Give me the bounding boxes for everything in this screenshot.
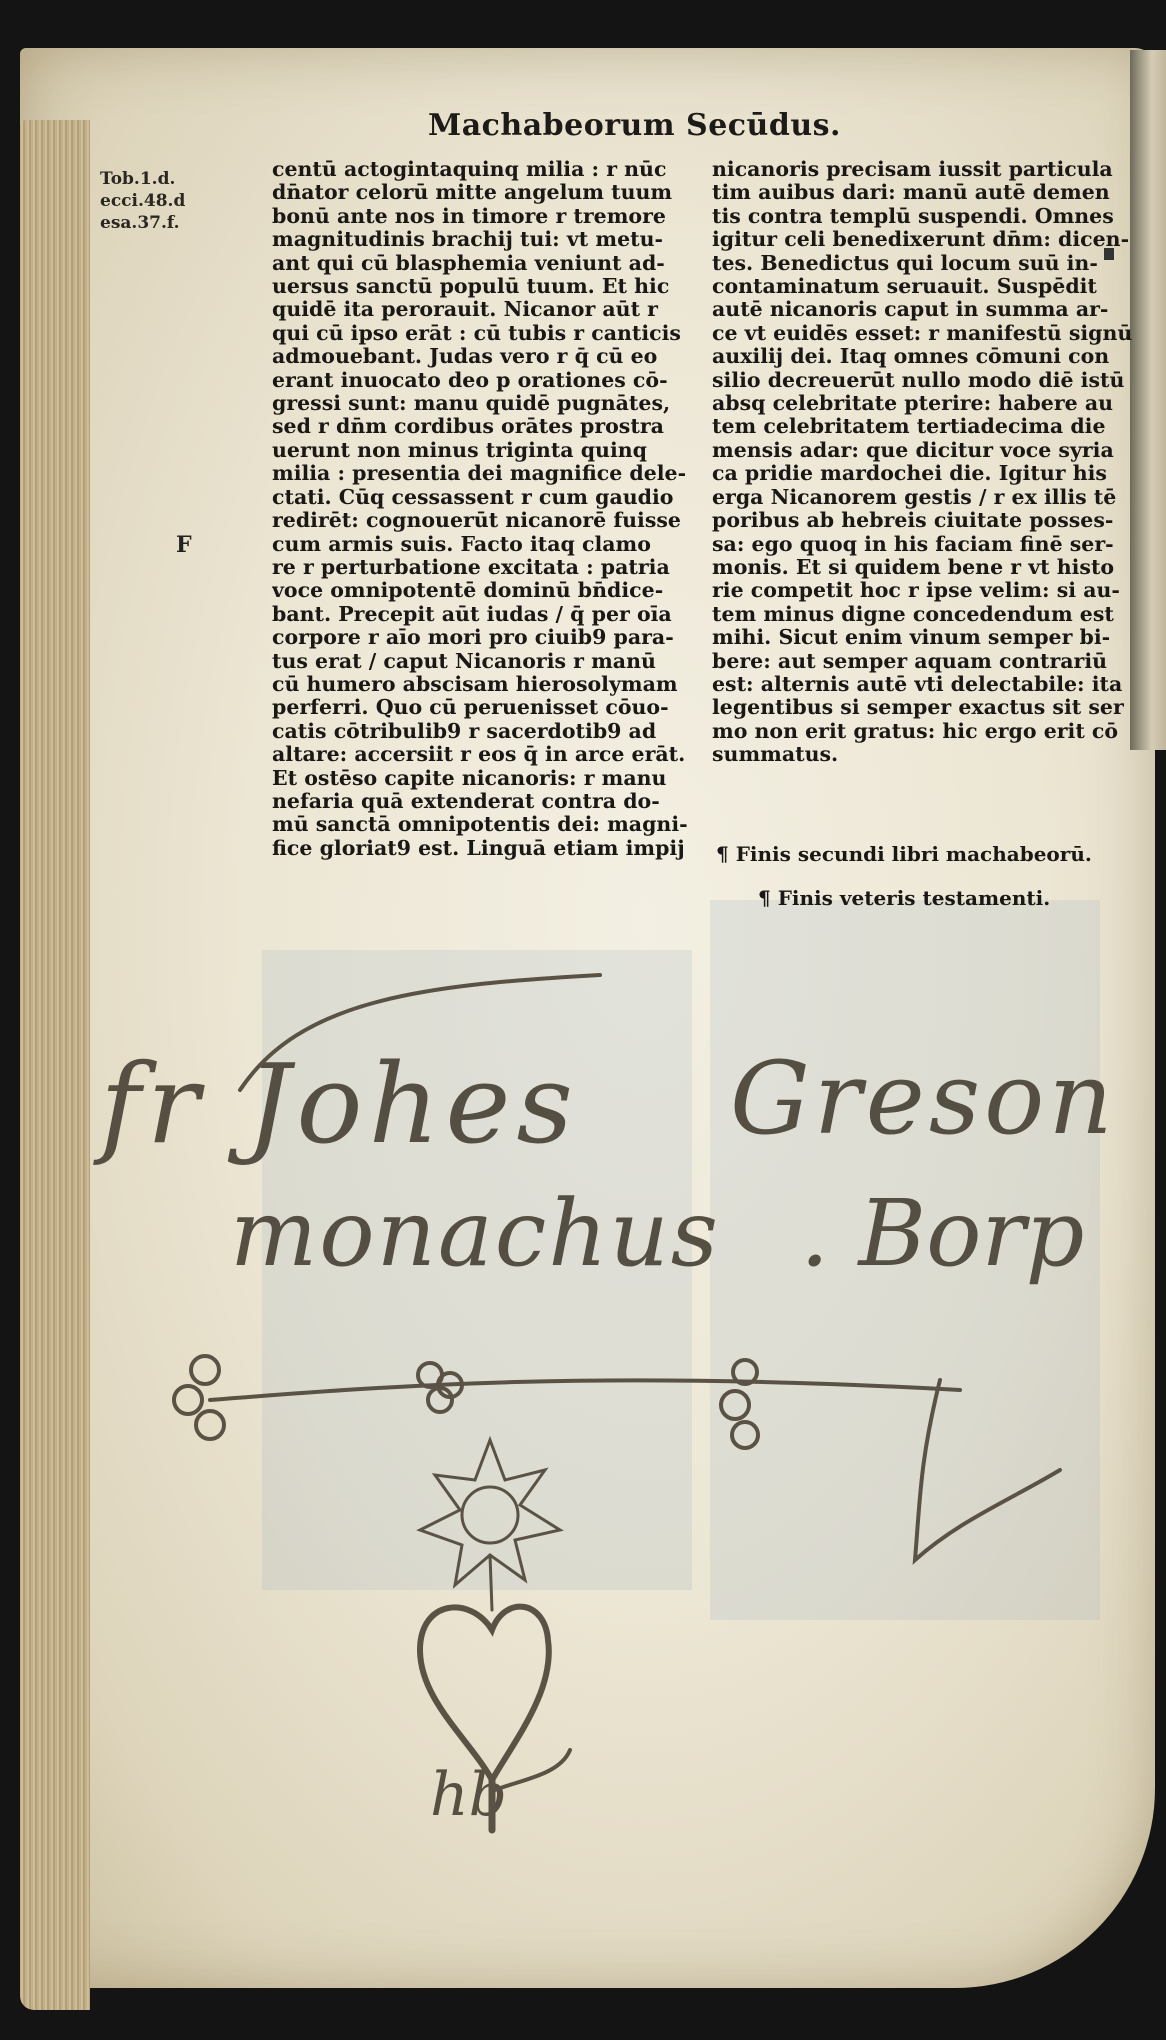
flourish-stroke (240, 975, 600, 1090)
trefoil-icon (721, 1360, 758, 1448)
trefoil-icon (418, 1363, 462, 1412)
manuscript-drawings (0, 0, 1166, 2040)
heart-icon (420, 1607, 549, 1780)
star-flower-icon (420, 1440, 560, 1610)
flourish-tail (915, 1380, 1060, 1560)
flourish-bar-icon (210, 1380, 960, 1400)
